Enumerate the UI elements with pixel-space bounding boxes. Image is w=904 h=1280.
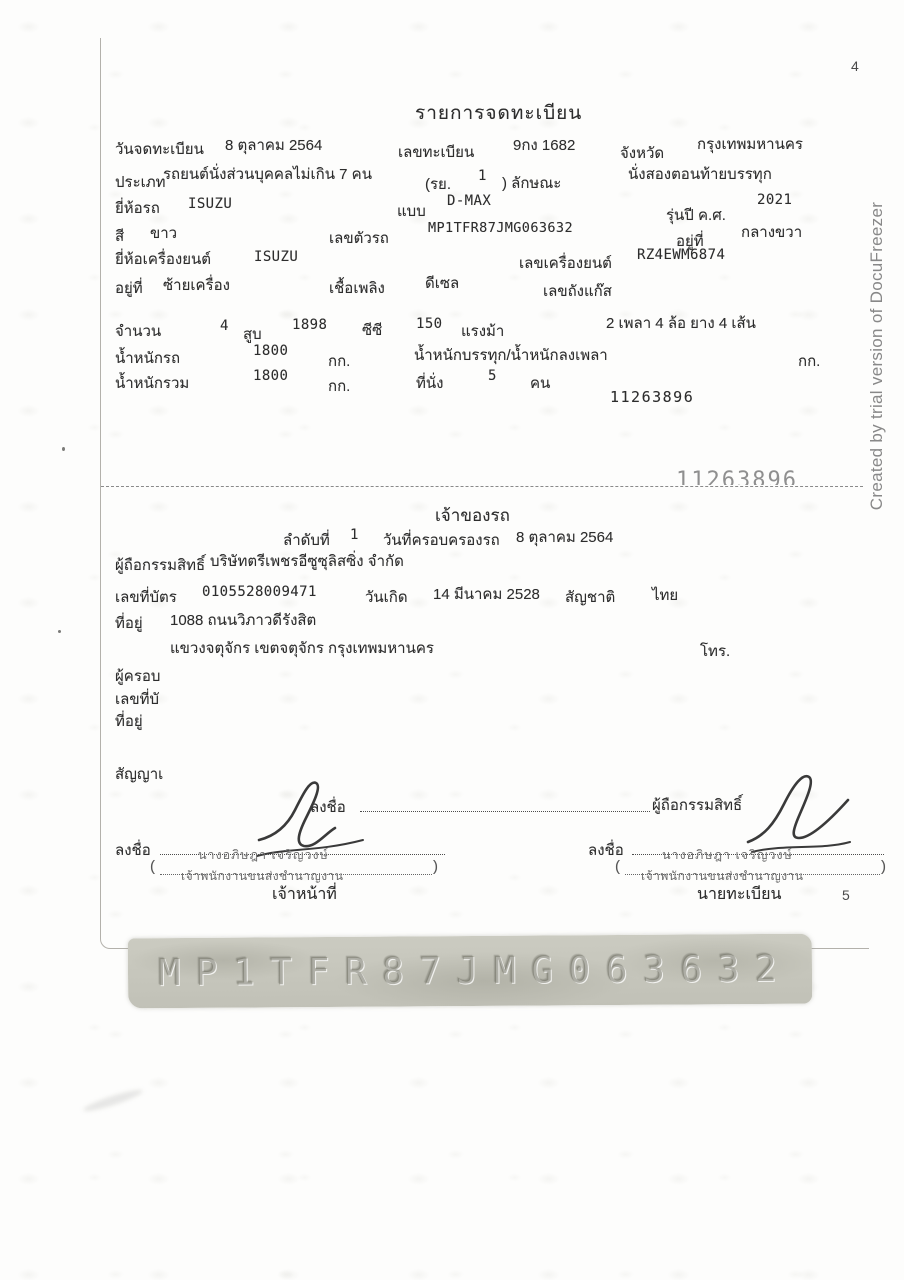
signature-dotted-line-holder xyxy=(360,799,650,812)
scan-smudge xyxy=(82,1087,144,1115)
chassis-rubbing-band: MP1TFR87JMG063632 xyxy=(128,934,812,1009)
field-province-value: กรุงเทพมหานคร xyxy=(697,132,803,156)
field-vin-pos-value: กลางขวา xyxy=(741,220,802,244)
paren-close-right: ) xyxy=(881,858,886,875)
document-number-cut: 11263896 xyxy=(676,468,798,485)
scan-speck xyxy=(62,447,65,451)
field-fuel-value: ดีเซล xyxy=(425,271,459,295)
field-payload-unit: กก. xyxy=(798,349,820,373)
paren-open-left: ( xyxy=(150,858,155,875)
field-color-label: สี xyxy=(115,224,124,248)
field-year-value: 2021 xyxy=(757,192,792,208)
field-model-value: D-MAX xyxy=(447,193,491,209)
field-reg-date-label: วันจดทะเบียน xyxy=(115,137,204,161)
field-plate-label: เลขทะเบียน xyxy=(398,140,474,164)
field-type-code: 1 xyxy=(478,168,487,184)
scan-speck xyxy=(58,630,61,633)
field-year-label: รุ่นปี ค.ศ. xyxy=(666,203,726,227)
field-vin-label: เลขตัวรถ xyxy=(329,226,389,250)
field-cc-unit: ซีซี xyxy=(362,318,382,342)
field-contract-label: สัญญาเ xyxy=(115,762,163,786)
owner-section-title: เจ้าของรถ xyxy=(435,502,510,529)
field-engine-pos-value: ซ้ายเครื่อง xyxy=(163,273,230,297)
field-gross-value: 1800 xyxy=(253,368,288,384)
field-possession-date-value: 8 ตุลาคม 2564 xyxy=(516,525,613,549)
scanned-document: 4 5 Created by trial version of DocuFree… xyxy=(0,0,904,1280)
chassis-rubbing-text: MP1TFR87JMG063632 xyxy=(158,947,792,994)
field-engine-pos-label: อยู่ที่ xyxy=(115,276,143,300)
field-possessor-address-label: ที่อยู่ xyxy=(115,709,143,733)
field-cc-value: 1898 xyxy=(292,317,327,333)
field-nationality-label: สัญชาติ xyxy=(565,585,615,609)
page-number-bottom: 5 xyxy=(842,887,850,903)
field-engine-brand-value: ISUZU xyxy=(254,249,298,265)
field-address-label: ที่อยู่ xyxy=(115,611,143,635)
field-hp-unit: แรงม้า xyxy=(461,319,504,343)
field-body-style: นั่งสองตอนท้ายบรรทุก xyxy=(628,162,772,186)
field-axles-wheels: 2 เพลา 4 ล้อ ยาง 4 เส้น xyxy=(606,311,756,335)
role-left: เจ้าหน้าที่ xyxy=(272,882,337,907)
document-number: 11263896 xyxy=(610,388,694,406)
field-gas-label: เลขถังแก๊ส xyxy=(543,279,612,303)
field-id-value: 0105528009471 xyxy=(202,584,317,600)
field-engine-no-label: เลขเครื่องยนต์ xyxy=(519,251,612,275)
field-cyl-label: จำนวน xyxy=(115,319,161,343)
field-holder-label: ผู้ถือกรรมสิทธิ์ xyxy=(115,553,205,577)
field-payload-label: น้ำหนักบรรทุก/น้ำหนักลงเพลา xyxy=(414,343,608,367)
field-nationality-value: ไทย xyxy=(652,583,678,607)
field-possessor-label: ผู้ครอบ xyxy=(115,664,160,688)
field-model-label: แบบ xyxy=(397,199,426,223)
field-engine-no-value: RZ4EWM6874 xyxy=(637,247,725,263)
field-possessor-id-label: เลขที่บั xyxy=(115,687,159,711)
page-number-top: 4 xyxy=(851,58,859,74)
field-hp-value: 150 xyxy=(416,316,443,332)
field-id-label: เลขที่บัตร xyxy=(115,585,177,609)
field-order-value: 1 xyxy=(350,527,359,543)
field-weight-label: น้ำหนักรถ xyxy=(115,346,180,370)
field-weight-value: 1800 xyxy=(253,343,288,359)
field-weight-unit: กก. xyxy=(328,349,350,373)
field-tel-label: โทร. xyxy=(700,639,730,663)
paren-close-left: ) xyxy=(433,858,438,875)
field-type-label: ประเภท xyxy=(115,170,166,194)
field-fuel-label: เชื้อเพลิง xyxy=(329,276,385,300)
field-gross-label: น้ำหนักรวม xyxy=(115,371,189,395)
field-address-line2: แขวงจตุจักร เขตจตุจักร กรุงเทพมหานคร xyxy=(170,636,434,660)
field-cyl-value: 4 xyxy=(220,318,229,334)
field-color-value: ขาว xyxy=(150,221,177,245)
field-plate-value: 9กง 1682 xyxy=(513,133,575,157)
field-seats-value: 5 xyxy=(488,368,497,384)
field-engine-brand-label: ยี่ห้อเครื่องยนต์ xyxy=(115,247,211,271)
role-right: นายทะเบียน xyxy=(697,882,781,907)
field-birth-label: วันเกิด xyxy=(365,585,408,609)
field-birth-value: 14 มีนาคม 2528 xyxy=(433,582,540,606)
field-holder-value: บริษัทตรีเพชรอีซูซุลิสซิ่ง จำกัด xyxy=(210,549,404,573)
document-title: รายการจดทะเบียน xyxy=(415,98,582,128)
sign-label-left: ลงชื่อ xyxy=(115,838,151,862)
field-brand-label: ยี่ห้อรถ xyxy=(115,196,160,220)
field-vin-value: MP1TFR87JMG063632 xyxy=(428,220,573,236)
field-address-line1: 1088 ถนนวิภาวดีรังสิต xyxy=(170,608,316,632)
field-seats-unit: คน xyxy=(530,371,550,395)
field-seats-label: ที่นั่ง xyxy=(416,371,443,395)
field-type-close: ) ลักษณะ xyxy=(502,171,561,195)
perforation-line xyxy=(101,486,863,487)
holder-title-label: ผู้ถือกรรมสิทธิ์ xyxy=(652,793,742,817)
field-reg-date-value: 8 ตุลาคม 2564 xyxy=(225,133,322,157)
field-type-value: รถยนต์นั่งส่วนบุคคลไม่เกิน 7 คน xyxy=(163,162,372,186)
paren-open-right: ( xyxy=(615,858,620,875)
docufreezer-watermark: Created by trial version of DocuFreezer xyxy=(867,191,885,521)
field-brand-value: ISUZU xyxy=(188,196,232,212)
field-gross-unit: กก. xyxy=(328,374,350,398)
